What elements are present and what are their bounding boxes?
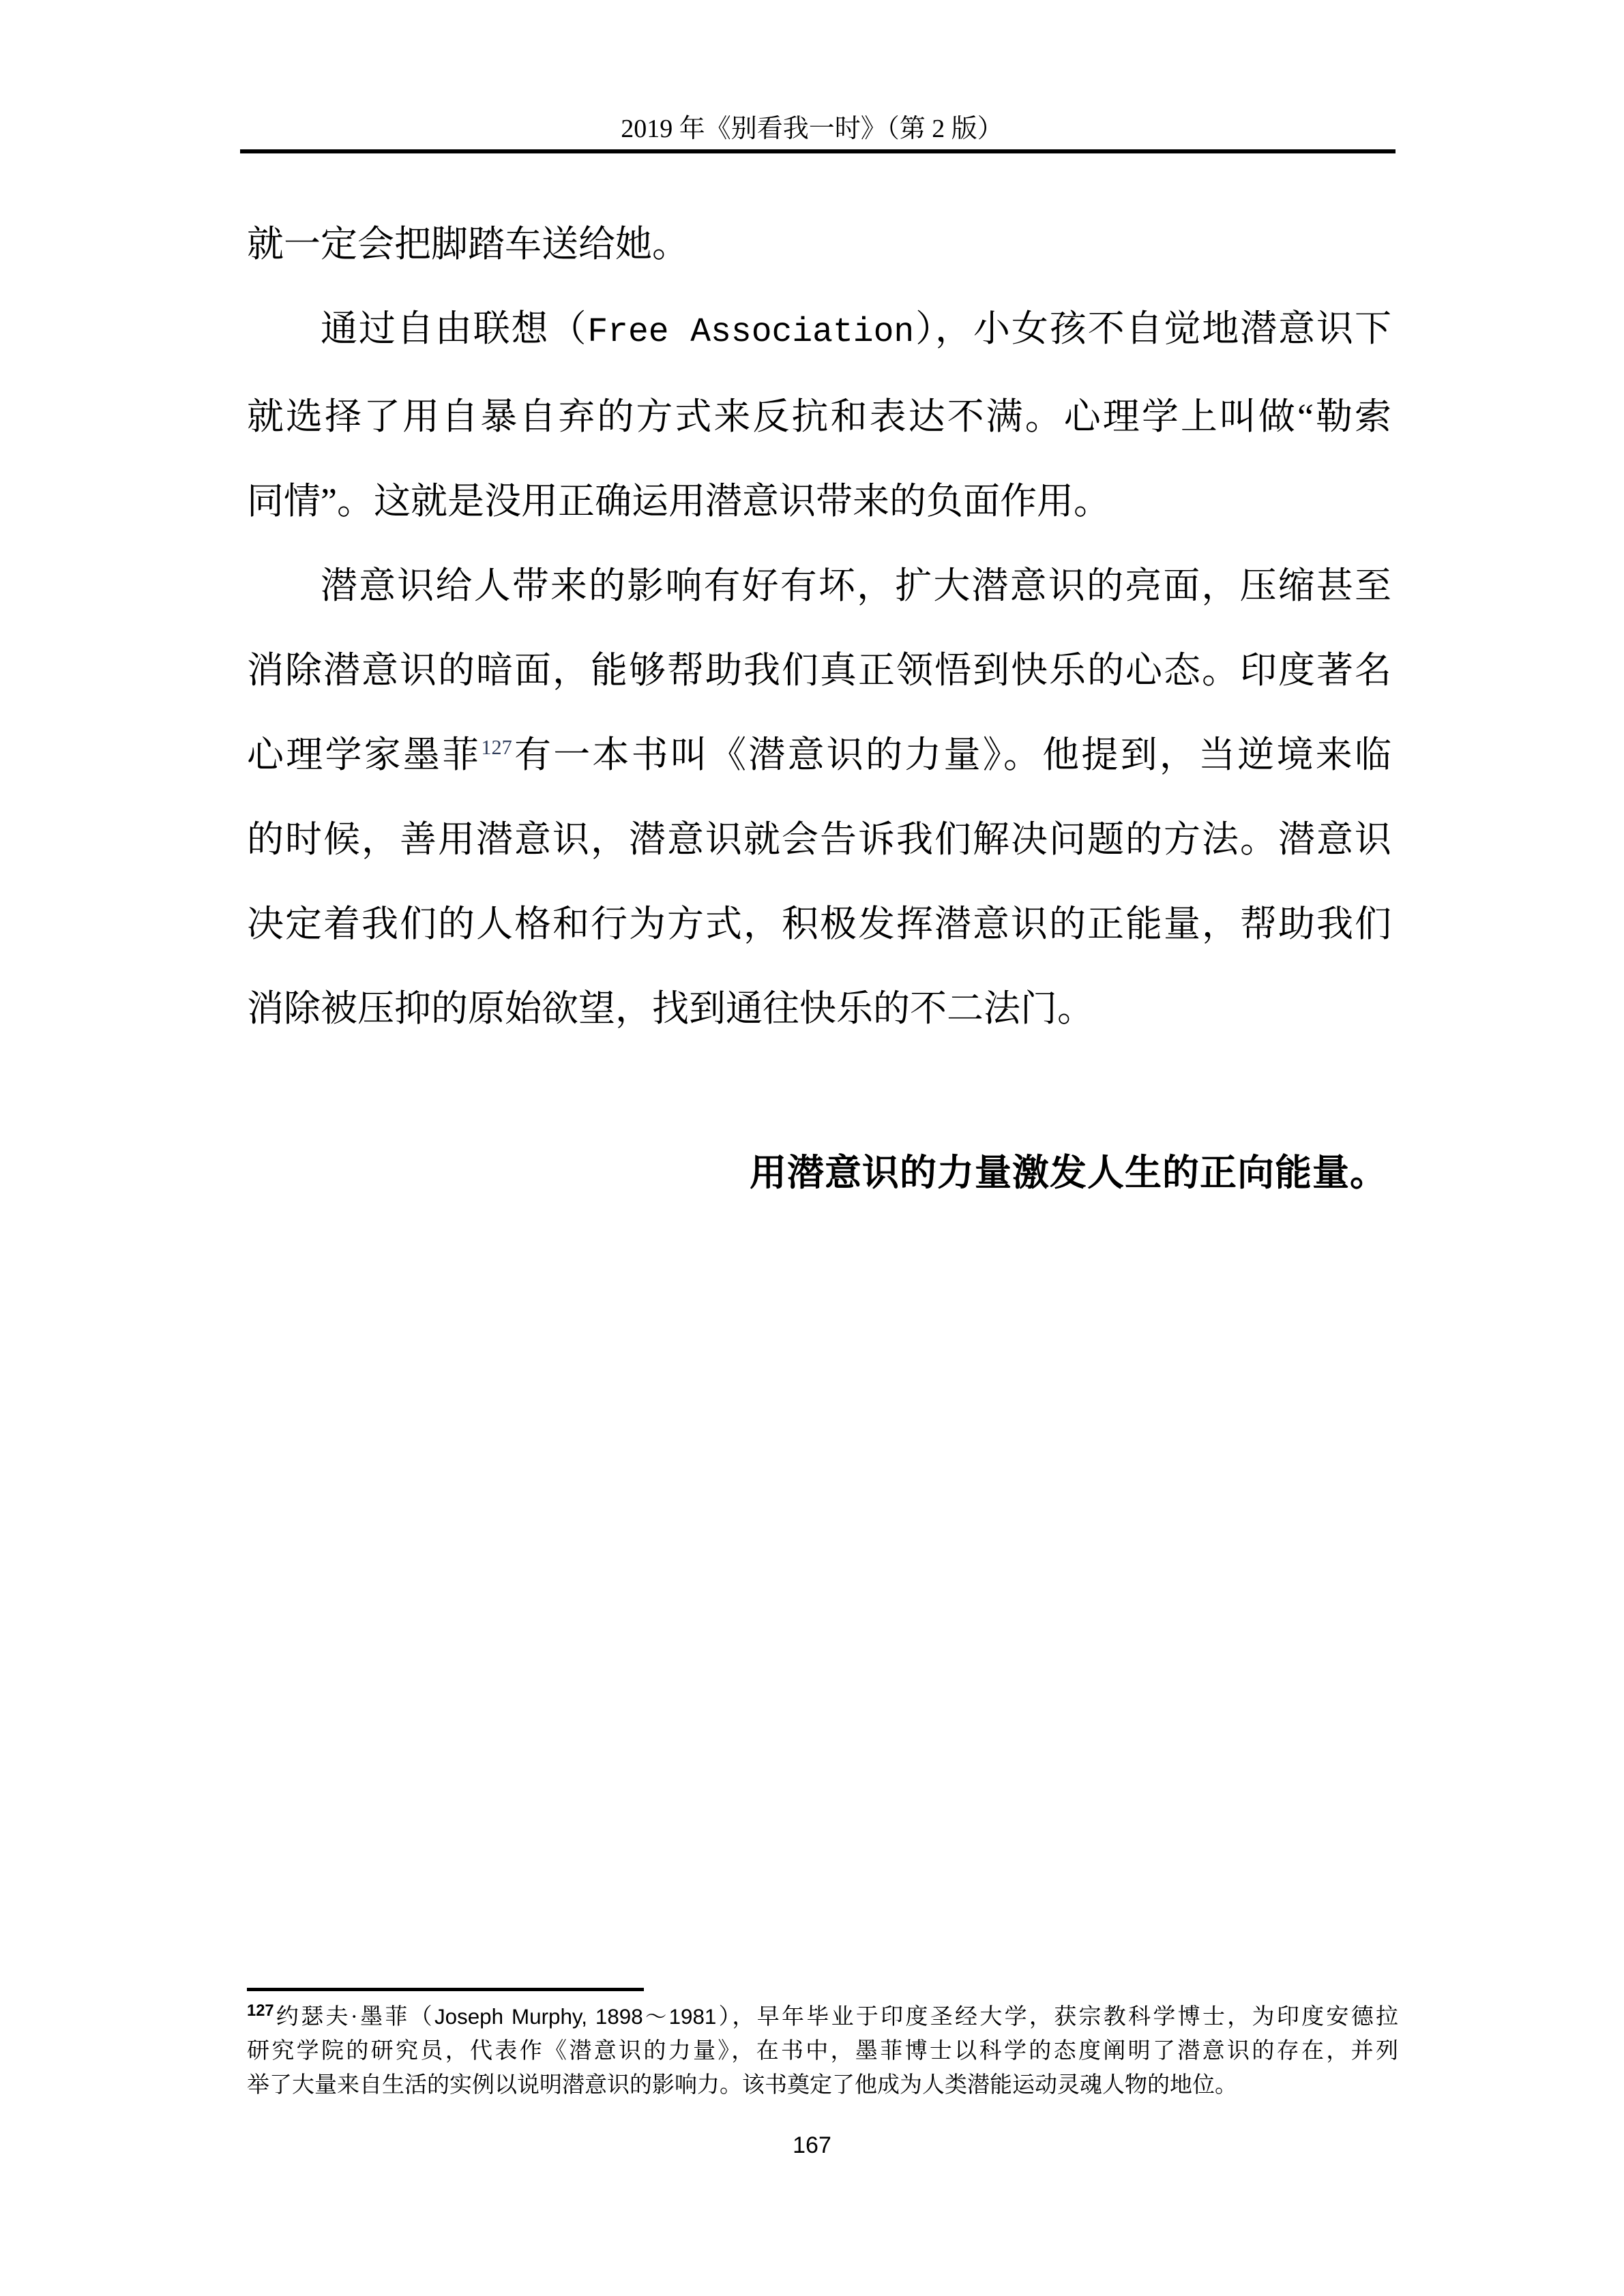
latin-name: Joseph Murphy, 1898～1981 [434,2005,716,2029]
body-line: 就选择了用自暴自弃的方式来反抗和表达不满。心理学上叫做“勒索 [247,374,1391,459]
page-number: 167 [0,2132,1624,2159]
body-line: 通过自由联想（Free Association），小女孩不自觉地潜意识下 [247,286,1391,374]
page-header-title: 2019 年《别看我一时》（第 2 版） [0,111,1624,147]
footnote-line: 研究学院的研究员，代表作《潜意识的力量》，在书中，墨菲博士以科学的态度阐明了潜意… [247,2034,1398,2068]
footnote-segment: 约瑟夫·墨菲（ [274,2005,434,2029]
footnote-marker: 127 [247,2001,274,2020]
latin-term: Free Association [587,313,914,351]
body-line: 决定着我们的人格和行为方式，积极发挥潜意识的正能量，帮助我们 [247,882,1391,966]
slogan-line: 用潜意识的力量激发人生的正向能量。 [247,1151,1387,1195]
header-rule [240,149,1396,153]
body-line-segment: ），小女孩不自觉地潜意识下 [914,308,1391,349]
body-line: 潜意识给人带来的影响有好有坏，扩大潜意识的亮面，压缩甚至 [247,543,1391,628]
footnote-separator [247,1988,644,1991]
body-line-segment: 通过自由联想（ [321,308,587,349]
footnote-reference[interactable]: 127 [481,736,512,759]
footnote-line: 举了大量来自生活的实例以说明潜意识的影响力。该书奠定了他成为人类潜能运动灵魂人物… [247,2068,1398,2102]
body-text: 就一定会把脚踏车送给她。 通过自由联想（Free Association），小女… [247,202,1391,1051]
body-line: 同情”。这就是没用正确运用潜意识带来的负面作用。 [247,459,1391,543]
body-line: 消除潜意识的暗面，能够帮助我们真正领悟到快乐的心态。印度著名 [247,628,1391,713]
body-line: 就一定会把脚踏车送给她。 [247,202,1391,286]
footnote-line: 127约瑟夫·墨菲（Joseph Murphy, 1898～1981），早年毕业… [247,2000,1398,2034]
body-line-segment: 心理学家墨菲 [247,734,481,775]
body-line: 心理学家墨菲127有一本书叫《潜意识的力量》。他提到，当逆境来临 [247,713,1391,797]
body-line-segment: 有一本书叫《潜意识的力量》。他提到，当逆境来临 [512,734,1391,775]
body-line: 的时候，善用潜意识，潜意识就会告诉我们解决问题的方法。潜意识 [247,797,1391,882]
footnote-segment: ），早年毕业于印度圣经大学，获宗教科学博士，为印度安德拉 [716,2005,1398,2029]
footnote: 127约瑟夫·墨菲（Joseph Murphy, 1898～1981），早年毕业… [247,2000,1398,2102]
document-page: 2019 年《别看我一时》（第 2 版） 就一定会把脚踏车送给她。 通过自由联想… [0,0,1624,2296]
body-line: 消除被压抑的原始欲望，找到通往快乐的不二法门。 [247,966,1391,1051]
